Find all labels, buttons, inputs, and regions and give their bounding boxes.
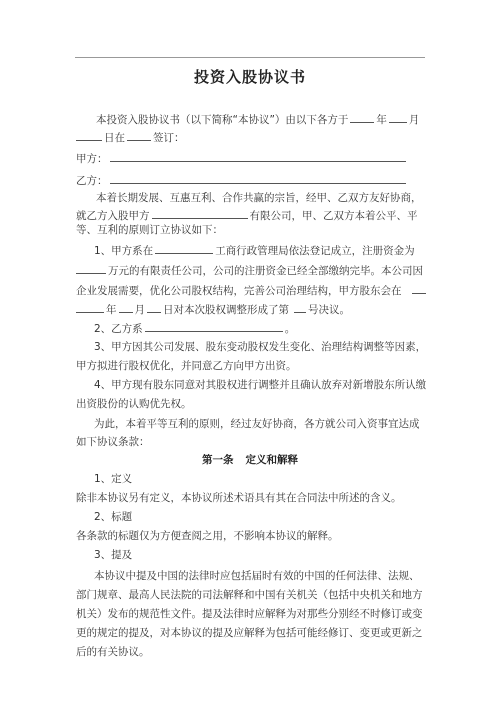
day-label: 日在 (104, 132, 125, 144)
clause-3-line-1: 3、甲方因其公司发展、股东变动股权发生变化、治理结构调整等因素， (94, 340, 426, 354)
clause-1-text-a: 1、甲方系在 (94, 245, 153, 257)
blank-resolution-month (119, 301, 133, 313)
blank-resolution-year (76, 301, 104, 313)
section-1-title: 1、定义 (94, 472, 132, 486)
resolution-year-label: 年 (106, 304, 117, 316)
section-2-text: 各条款的标题仅为方便查阅之用，不影响本协议的解释。 (76, 529, 339, 543)
section-2-title: 2、标题 (94, 510, 132, 524)
blank-resolution-year-a (412, 282, 426, 294)
article-number: 第一条 (202, 454, 234, 466)
intro-text: 本投资入股协议书（以下简称“本协议”）由以下各方于 (96, 114, 348, 126)
clause-1-text-d: 企业发展需要，优化公司股权结构，完善公司治理结构，甲方股东会在 (76, 285, 402, 297)
section-3-line-1: 本协议中提及中国的法律时应包括届时有效的中国的任何法律、法规、 (94, 569, 420, 583)
blank-year (350, 111, 374, 123)
clause-1-text-b: 工商行政管理局依法登记成立，注册资金为 (215, 245, 415, 257)
registry-blank (155, 242, 213, 254)
year-label: 年 (376, 114, 387, 126)
article-title: 定义和解释 (246, 454, 299, 466)
clause-3-line-2: 甲方拟进行股权优化，并同意乙方向甲方出资。 (76, 359, 297, 373)
blank-day (76, 129, 102, 141)
section-3-title: 3、提及 (94, 548, 132, 562)
closing-line-1: 为此，本着平等互利的原则，经过友好协商，各方就公司入资事宜达成 (94, 417, 420, 431)
resolution-suffix: 号决议。 (308, 304, 350, 316)
resolution-month-label: 月 (135, 304, 146, 316)
clause-1-line-2: 万元的有限责任公司，公司的注册资金已经全部缴纳完毕。本公司因 (76, 262, 423, 278)
blank-resolution-day (147, 301, 161, 313)
clause-1-line-1: 1、甲方系在工商行政管理局依法登记成立，注册资金为 (94, 242, 415, 258)
closing-line-2: 如下协议条款： (76, 435, 150, 449)
party-a-line: 甲方： (76, 150, 408, 166)
resolution-text: 日对本次股权调整形成了第 (163, 304, 289, 316)
party-b-label: 乙方： (76, 175, 108, 187)
clause-1-line-4: 年月日对本次股权调整形成了第号决议。 (76, 301, 350, 317)
preamble-line-3: 等、互利的原则订立协议如下： (76, 223, 223, 237)
section-3-line-4: 更的规定的提及，对本协议的提及应解释为包括可能经修订、变更或更新之 (76, 626, 423, 640)
document-title: 投资入股协议书 (0, 66, 500, 87)
clause-1-line-3: 企业发展需要，优化公司股权结构，完善公司治理结构，甲方股东会在 (76, 282, 428, 298)
party-b-desc-blank (145, 320, 283, 332)
preamble-line-2: 就乙方入股甲方有限公司，甲、乙双方本着公平、平 (76, 207, 418, 223)
clause-4-line-1: 4、甲方现有股东同意对其股权进行调整并且确认放弃对新增股东所认缴 (94, 378, 426, 392)
party-a-label: 甲方： (76, 153, 108, 165)
clause-4-line-2: 出资股份的认购优先权。 (76, 397, 192, 411)
article-1-heading: 第一条定义和解释 (0, 452, 500, 467)
party-b-blank (110, 172, 406, 184)
section-3-line-5: 后的有关协议。 (76, 645, 150, 659)
blank-month (389, 111, 407, 123)
section-1-text: 除非本协议另有定义，本协议所述术语具有其在合同法中所述的含义。 (76, 491, 402, 505)
party-a-blank (110, 150, 406, 162)
section-3-line-3: 机关）发布的规范性文件。提及法律时应解释为对那些分别经不时修订或变 (76, 607, 423, 621)
blank-resolution-number (294, 301, 306, 313)
document-page: 投资入股协议书 本投资入股协议书（以下简称“本协议”）由以下各方于年月 日在签订… (0, 0, 500, 707)
header-rule (75, 57, 425, 58)
intro-line-1: 本投资入股协议书（以下简称“本协议”）由以下各方于年月 (96, 111, 419, 127)
party-b-line: 乙方： (76, 172, 408, 188)
preamble-text-a: 就乙方入股甲方 (76, 210, 150, 222)
section-3-line-2: 部门规章、最高人民法院的司法解释和中国有关机关（包括中央机关和地方 (76, 588, 423, 602)
capital-blank (76, 262, 106, 274)
signed-label: 签订： (153, 132, 185, 144)
clause-1-text-c: 万元的有限责任公司，公司的注册资金已经全部缴纳完毕。本公司因 (108, 265, 423, 277)
month-label: 月 (409, 114, 420, 126)
preamble-text-b: 有限公司，甲、乙双方本着公平、平 (250, 210, 418, 222)
blank-place (127, 129, 151, 141)
clause-2-text: 2、乙方系 (94, 323, 143, 335)
intro-line-2: 日在签订： (76, 129, 185, 145)
clause-2-period: 。 (285, 323, 296, 335)
preamble-line-1: 本着长期发展、互惠互利、合作共赢的宗旨，经甲、乙双方友好协商， (96, 191, 422, 205)
company-blank (152, 207, 248, 219)
clause-2-line: 2、乙方系。 (94, 320, 295, 336)
